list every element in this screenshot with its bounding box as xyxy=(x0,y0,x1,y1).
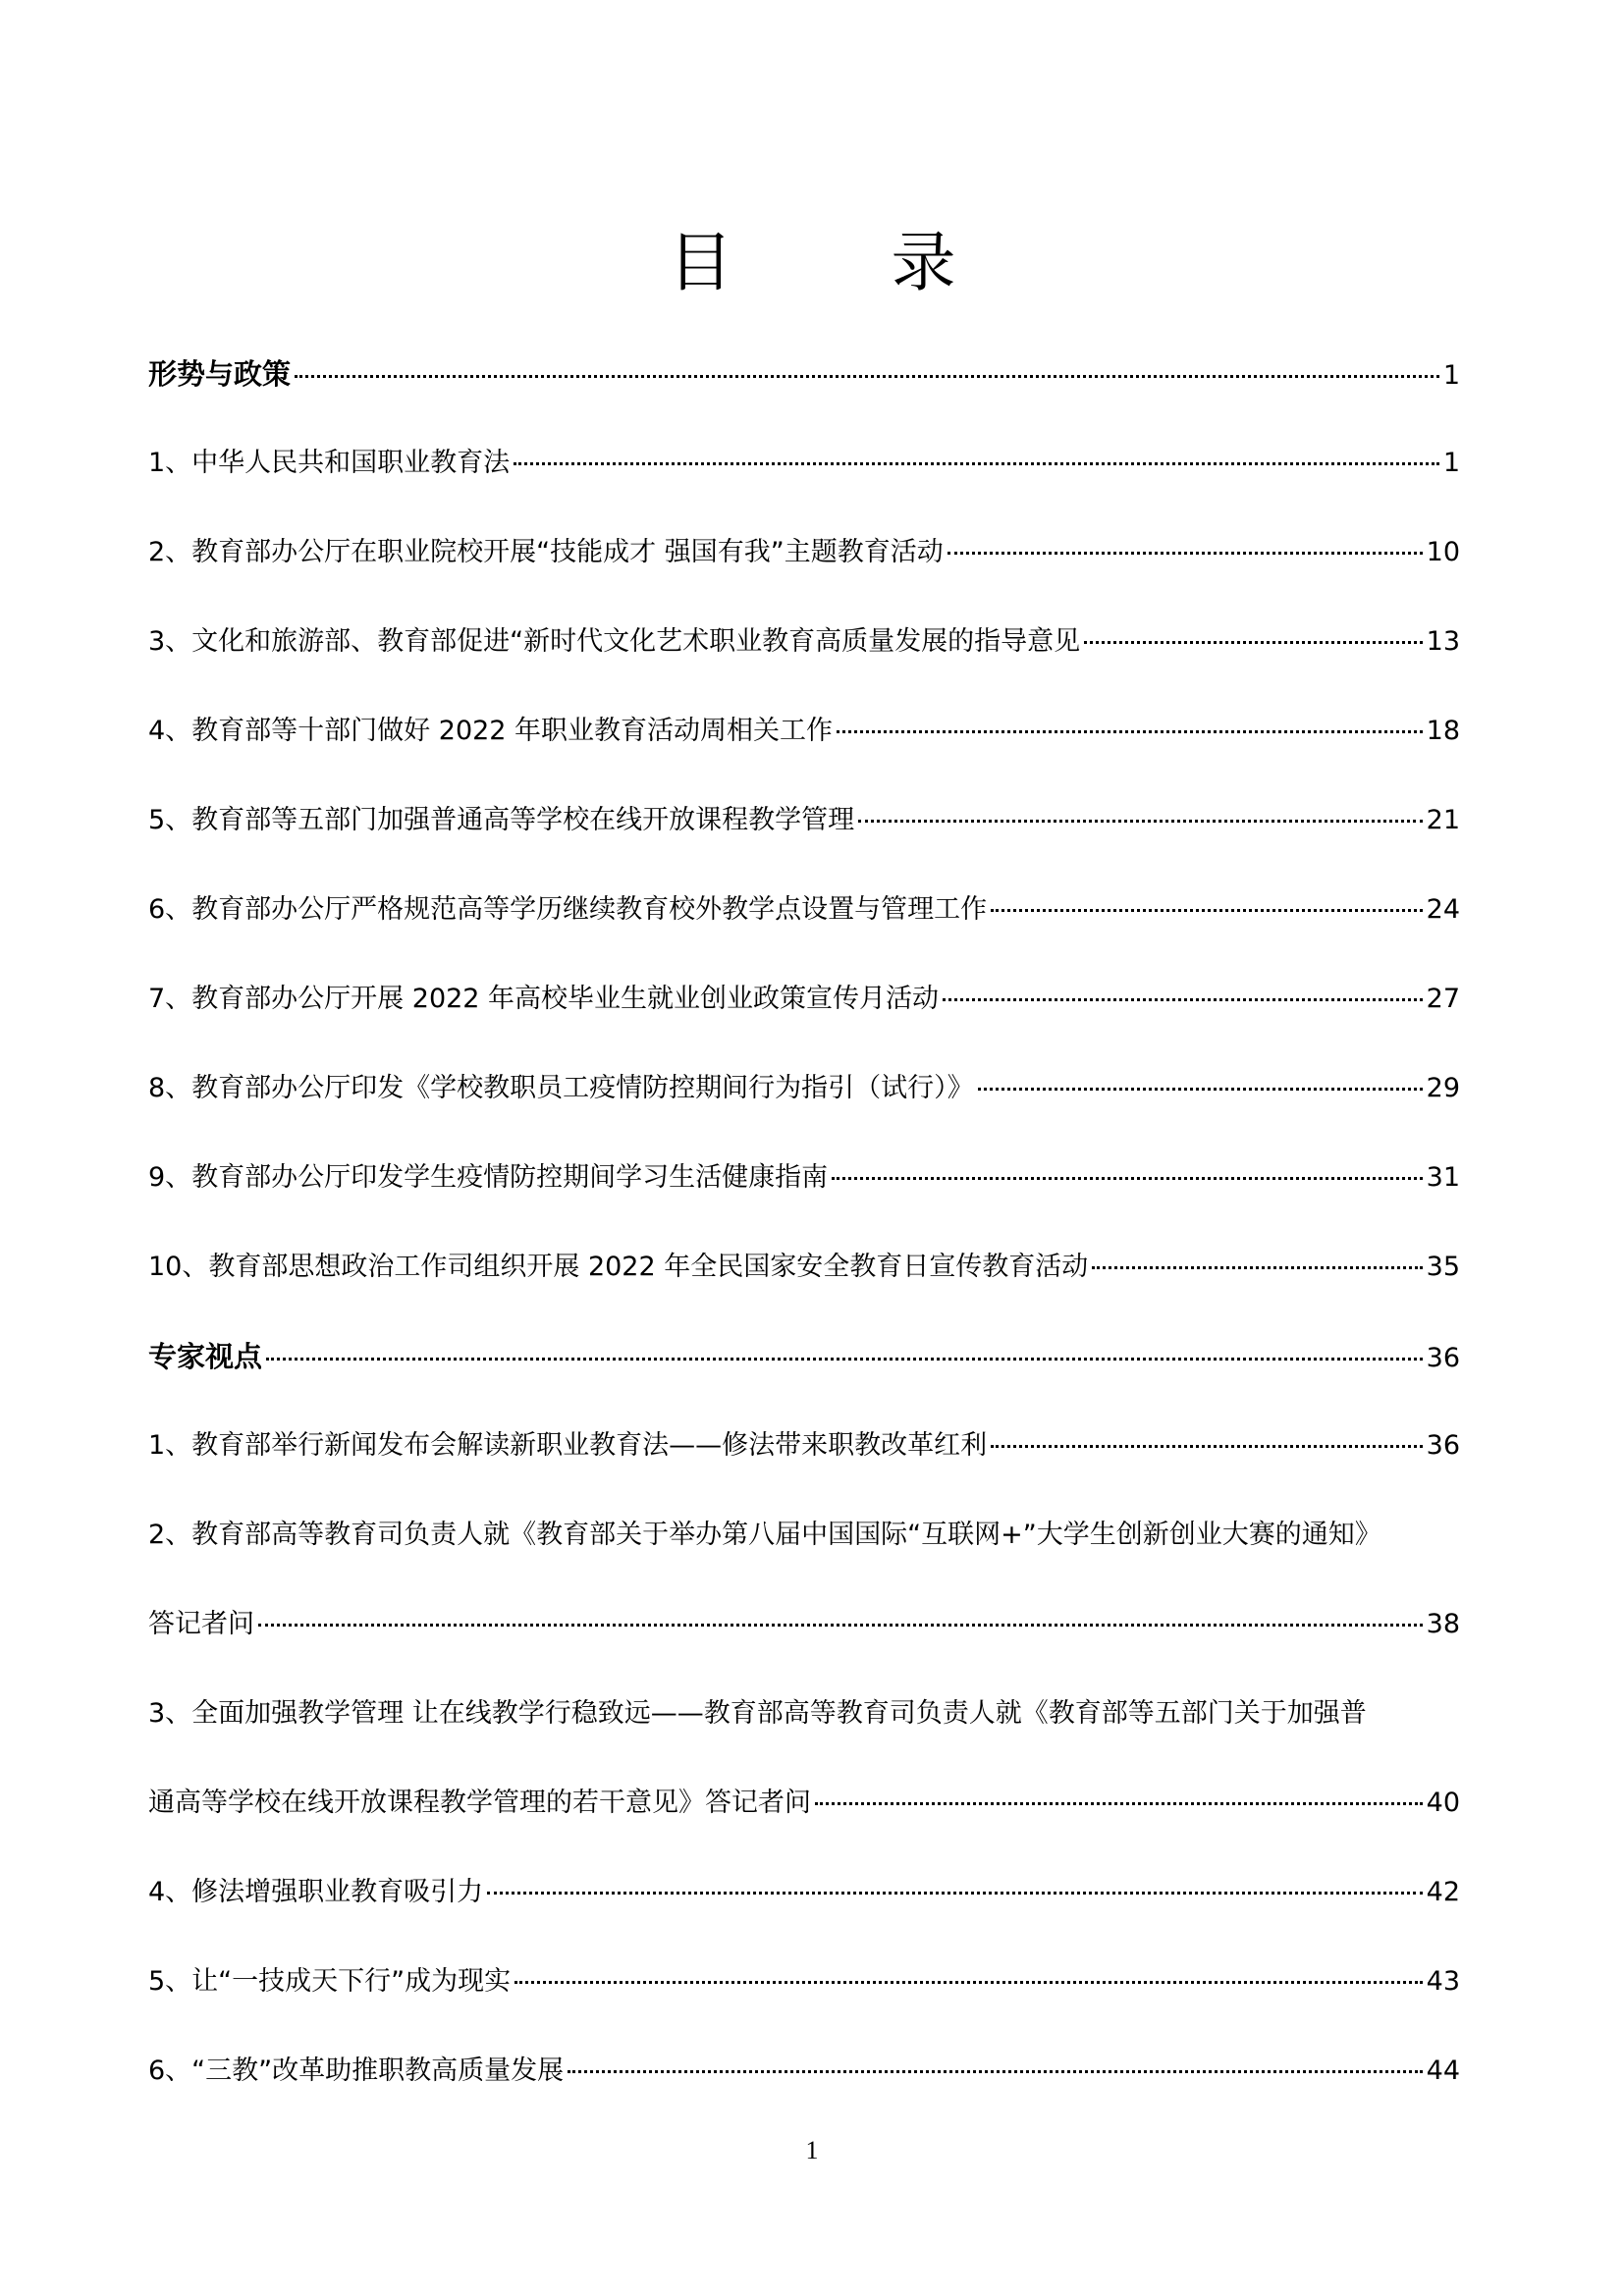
toc-entry-label: 7、教育部办公厅开展 2022 年高校毕业生就业创业政策宣传月活动 xyxy=(148,969,939,1030)
toc-entry-line1[interactable]: 3、全面加强教学管理 让在线教学行稳致远——教育部高等教育司负责人就《教育部等五… xyxy=(148,1683,1460,1773)
toc-entry[interactable]: 6、教育部办公厅严格规范高等学历继续教育校外教学点设置与管理工作 24 xyxy=(148,880,1460,969)
dot-leader xyxy=(832,1177,1422,1180)
toc-entry-label: 3、全面加强教学管理 让在线教学行稳致远——教育部高等教育司负责人就《教育部等五… xyxy=(148,1683,1367,1744)
toc-entry[interactable]: 4、教育部等十部门做好 2022 年职业教育活动周相关工作 18 xyxy=(148,701,1460,790)
toc-entry[interactable]: 9、教育部办公厅印发学生疫情防控期间学习生活健康指南 31 xyxy=(148,1148,1460,1237)
toc-entry[interactable]: 6、“三教”改革助推职教高质量发展 44 xyxy=(148,2041,1460,2130)
dot-leader xyxy=(943,998,1423,1001)
toc-entry-label: 2、教育部高等教育司负责人就《教育部关于举办第八届中国国际“互联网+”大学生创新… xyxy=(148,1505,1381,1566)
dot-leader xyxy=(837,730,1423,733)
dot-leader xyxy=(487,1892,1422,1895)
toc-entry[interactable]: 5、教育部等五部门加强普通高等学校在线开放课程教学管理 21 xyxy=(148,790,1460,880)
toc-entry-label: 5、教育部等五部门加强普通高等学校在线开放课程教学管理 xyxy=(148,790,854,851)
dot-leader xyxy=(514,1981,1422,1984)
toc-entry[interactable]: 7、教育部办公厅开展 2022 年高校毕业生就业创业政策宣传月活动 27 xyxy=(148,969,1460,1058)
dot-leader xyxy=(991,909,1422,912)
toc-page-number: 35 xyxy=(1427,1237,1460,1298)
toc-entry[interactable]: 1、中华人民共和国职业教育法 1 xyxy=(148,433,1460,522)
toc-entry-line2[interactable]: 通高等学校在线开放课程教学管理的若干意见》答记者问 40 xyxy=(148,1773,1460,1862)
toc-entry[interactable]: 10、教育部思想政治工作司组织开展 2022 年全民国家安全教育日宣传教育活动 … xyxy=(148,1237,1460,1326)
toc-page-number: 10 xyxy=(1427,522,1460,583)
toc-entry-label: 6、“三教”改革助推职教高质量发展 xyxy=(148,2041,564,2102)
toc-entry-label: 通高等学校在线开放课程教学管理的若干意见》答记者问 xyxy=(148,1773,811,1834)
dot-leader xyxy=(1092,1266,1422,1269)
dot-leader xyxy=(266,1358,1423,1361)
toc-page-number: 24 xyxy=(1427,880,1460,940)
toc-page-number: 18 xyxy=(1427,701,1460,762)
dot-leader xyxy=(815,1802,1423,1805)
toc-entry-label: 4、修法增强职业教育吸引力 xyxy=(148,1862,483,1923)
dot-leader xyxy=(295,375,1439,378)
toc-page-number: 43 xyxy=(1427,1951,1460,2012)
dot-leader xyxy=(258,1624,1423,1627)
toc-page-number: 1 xyxy=(1443,433,1460,494)
table-of-contents: 形势与政策 1 1、中华人民共和国职业教育法 1 2、教育部办公厅在职业院校开展… xyxy=(148,344,1460,2130)
toc-page-number: 36 xyxy=(1427,1328,1460,1389)
toc-entry[interactable]: 2、教育部办公厅在职业院校开展“技能成才 强国有我”主题教育活动 10 xyxy=(148,522,1460,612)
toc-entry[interactable]: 4、修法增强职业教育吸引力 42 xyxy=(148,1862,1460,1951)
toc-page-number: 13 xyxy=(1427,612,1460,672)
toc-page-number: 40 xyxy=(1427,1773,1460,1834)
toc-entry-label: 9、教育部办公厅印发学生疫情防控期间学习生活健康指南 xyxy=(148,1148,828,1208)
toc-entry-label: 1、教育部举行新闻发布会解读新职业教育法——修法带来职教改革红利 xyxy=(148,1415,987,1476)
toc-entry-label: 4、教育部等十部门做好 2022 年职业教育活动周相关工作 xyxy=(148,701,833,762)
toc-entry[interactable]: 5、让“一技成天下行”成为现实 43 xyxy=(148,1951,1460,2041)
toc-heading-label: 形势与政策 xyxy=(148,344,291,404)
toc-entry[interactable]: 8、教育部办公厅印发《学校教职员工疫情防控期间行为指引（试行）》 29 xyxy=(148,1058,1460,1148)
dot-leader xyxy=(514,462,1439,465)
dot-leader xyxy=(858,820,1422,823)
toc-entry-label: 2、教育部办公厅在职业院校开展“技能成才 强国有我”主题教育活动 xyxy=(148,522,944,583)
toc-page-number: 36 xyxy=(1427,1415,1460,1476)
toc-entry-label: 6、教育部办公厅严格规范高等学历继续教育校外教学点设置与管理工作 xyxy=(148,880,987,940)
toc-entry-label: 3、文化和旅游部、教育部促进“新时代文化艺术职业教育高质量发展的指导意见 xyxy=(148,612,1080,672)
dot-leader xyxy=(568,2070,1422,2073)
toc-entry-line2[interactable]: 答记者问 38 xyxy=(148,1594,1460,1683)
toc-page-number: 27 xyxy=(1427,969,1460,1030)
toc-entry-label: 1、中华人民共和国职业教育法 xyxy=(148,433,510,494)
toc-entry[interactable]: 1、教育部举行新闻发布会解读新职业教育法——修法带来职教改革红利 36 xyxy=(148,1415,1460,1505)
toc-entry-label: 8、教育部办公厅印发《学校教职员工疫情防控期间行为指引（试行）》 xyxy=(148,1058,974,1119)
toc-entry-label: 答记者问 xyxy=(148,1594,254,1655)
toc-entry-label: 10、教育部思想政治工作司组织开展 2022 年全民国家安全教育日宣传教育活动 xyxy=(148,1237,1088,1298)
toc-page-number: 38 xyxy=(1427,1594,1460,1655)
toc-page-number: 31 xyxy=(1427,1148,1460,1208)
toc-heading-label: 专家视点 xyxy=(148,1326,262,1387)
toc-page-number: 1 xyxy=(1443,346,1460,406)
toc-page-number: 21 xyxy=(1427,790,1460,851)
toc-page-number: 44 xyxy=(1427,2041,1460,2102)
toc-entry-line1[interactable]: 2、教育部高等教育司负责人就《教育部关于举办第八届中国国际“互联网+”大学生创新… xyxy=(148,1505,1460,1594)
toc-page-number: 42 xyxy=(1427,1862,1460,1923)
dot-leader xyxy=(978,1088,1423,1091)
toc-entry[interactable]: 3、文化和旅游部、教育部促进“新时代文化艺术职业教育高质量发展的指导意见 13 xyxy=(148,612,1460,701)
toc-page-number: 29 xyxy=(1427,1058,1460,1119)
page-title: 目 录 xyxy=(0,224,1624,302)
toc-section-heading[interactable]: 形势与政策 1 xyxy=(148,344,1460,433)
toc-entry-label: 5、让“一技成天下行”成为现实 xyxy=(148,1951,511,2012)
dot-leader xyxy=(991,1445,1422,1448)
dot-leader xyxy=(1084,641,1422,644)
dot-leader xyxy=(947,552,1423,555)
page-number: 1 xyxy=(0,2136,1624,2165)
toc-section-heading[interactable]: 专家视点 36 xyxy=(148,1326,1460,1415)
